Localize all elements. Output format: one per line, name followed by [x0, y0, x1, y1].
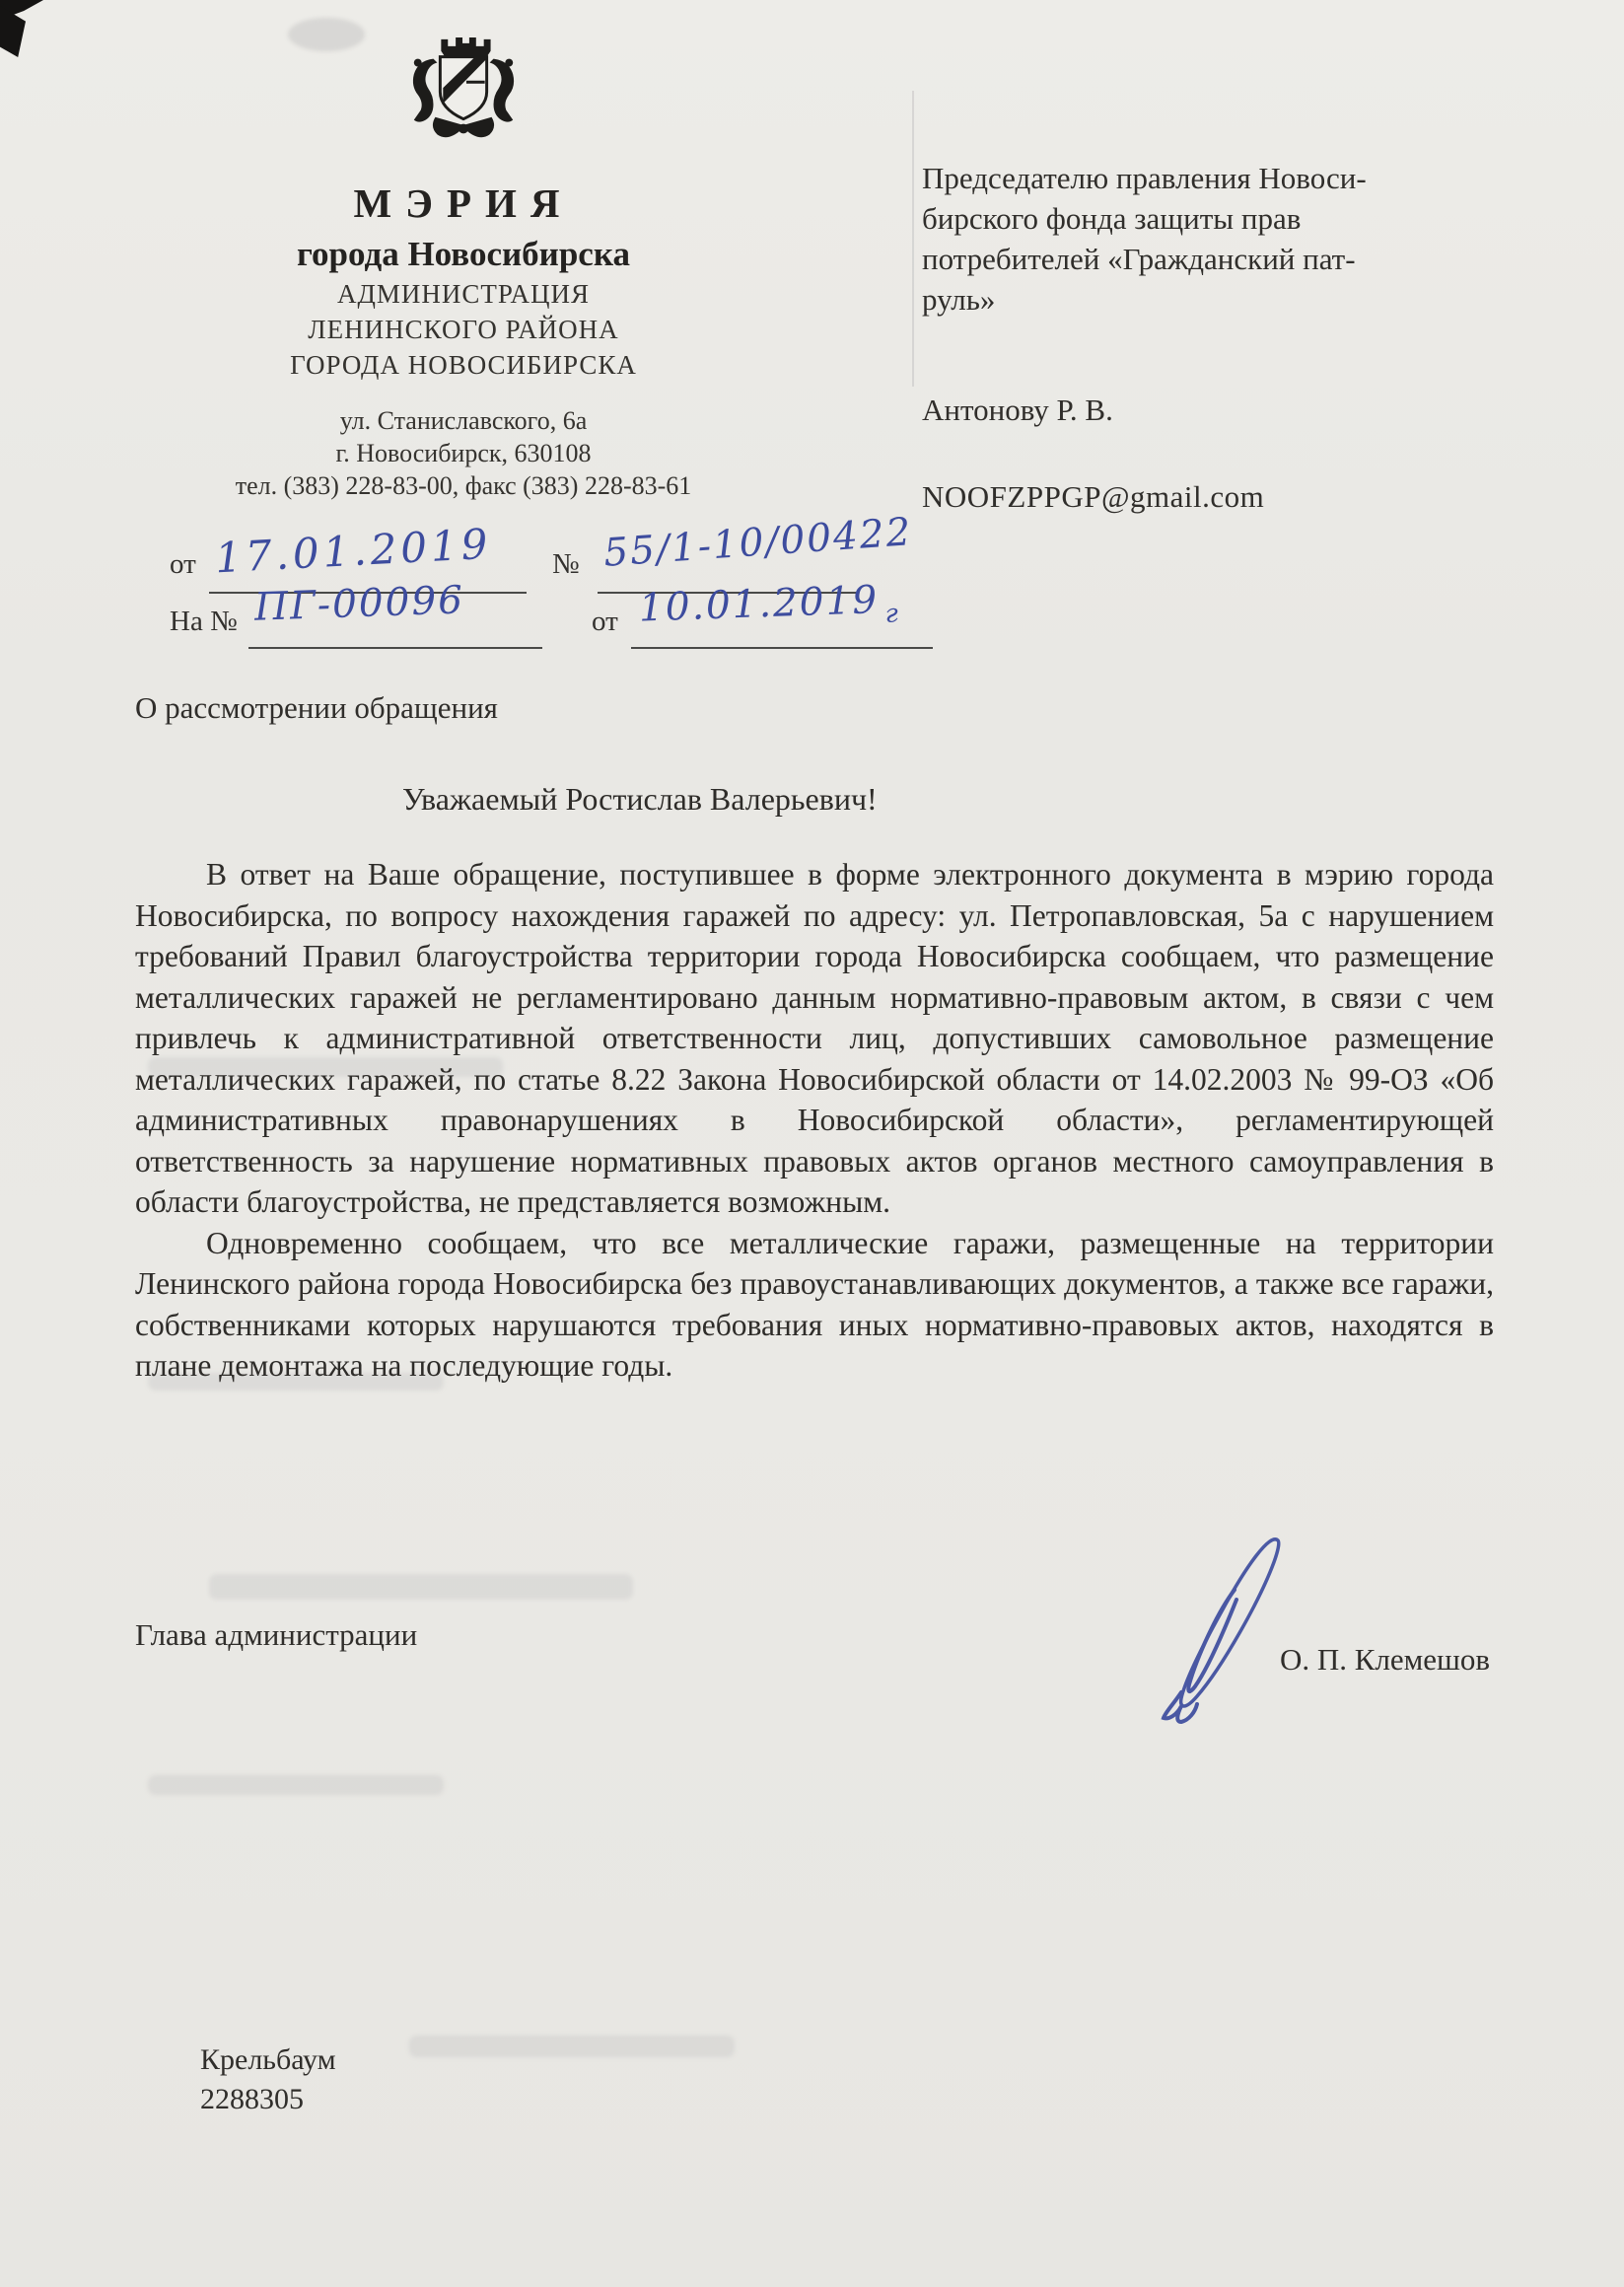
org-subtitle: города Новосибирска	[118, 235, 809, 274]
incoming-date-handwritten: 10.01.2019г	[638, 577, 900, 637]
outgoing-date-handwritten: 17.01.2019	[214, 520, 493, 583]
address-phone-fax: тел. (383) 228-83-00, факс (383) 228-83-…	[118, 471, 809, 501]
recipient-name: Антонову Р. В.	[922, 393, 1113, 428]
ref-number-label: №	[552, 548, 580, 581]
address-street: ул. Станиславского, 6а	[118, 406, 809, 436]
dept-line-1: АДМИНИСТРАЦИЯ	[118, 279, 809, 310]
underline	[631, 647, 933, 649]
letter-body: В ответ на Ваше обращение, поступившее в…	[135, 854, 1494, 1387]
recipient-line: Председателю правления Новоси-	[922, 158, 1405, 198]
scanned-letter: { "letterhead": { "emblem": "novosibirsk…	[0, 0, 1624, 2287]
address-city: г. Новосибирск, 630108	[118, 439, 809, 468]
body-paragraph-2: Одновременно сообщаем, что все металличе…	[135, 1223, 1494, 1387]
executor-phone: 2288305	[200, 2083, 304, 2116]
signer-title: Глава администрации	[135, 1617, 417, 1653]
bleed-through-ghost	[209, 1574, 633, 1600]
salutation: Уважаемый Ростислав Валерьевич!	[402, 781, 878, 818]
novosibirsk-coat-of-arms-icon	[400, 30, 527, 166]
dept-line-3: ГОРОДА НОВОСИБИРСКА	[118, 350, 809, 381]
subject-line: О рассмотрении обращения	[135, 690, 498, 726]
recipient-line: потребителей «Гражданский пат-	[922, 239, 1405, 279]
handwritten-signature	[1152, 1519, 1324, 1741]
incoming-number-handwritten: ПГ-00096	[253, 578, 465, 629]
bleed-through-ghost	[148, 1775, 444, 1795]
bleed-through-ghost	[409, 2036, 735, 2057]
recipient-line: бирского фонда защиты прав	[922, 198, 1405, 239]
underline	[248, 647, 542, 649]
recipient-line: руль»	[922, 279, 1405, 320]
recipient-block: Председателю правления Новоси- бирского …	[922, 158, 1405, 320]
ref-reply-label: На №	[170, 606, 238, 638]
executor-name: Крельбаум	[200, 2043, 336, 2077]
letterhead: МЭРИЯ города Новосибирска АДМИНИСТРАЦИЯ …	[118, 30, 809, 501]
recipient-email: NOOFZPPGP@gmail.com	[922, 479, 1264, 515]
dept-line-2: ЛЕНИНСКОГО РАЙОНА	[118, 315, 809, 345]
incoming-date-suffix: г	[884, 599, 900, 629]
ref-from-label-2: от	[592, 606, 618, 638]
body-paragraph-1: В ответ на Ваше обращение, поступившее в…	[135, 854, 1494, 1223]
scan-corner-mark	[0, 6, 26, 57]
org-title: МЭРИЯ	[118, 179, 809, 227]
signer-name: О. П. Клемешов	[1280, 1642, 1490, 1678]
ref-from-label: от	[170, 548, 196, 581]
fold-line	[912, 91, 914, 387]
outgoing-number-handwritten: 55/1-10/00422	[602, 510, 914, 576]
